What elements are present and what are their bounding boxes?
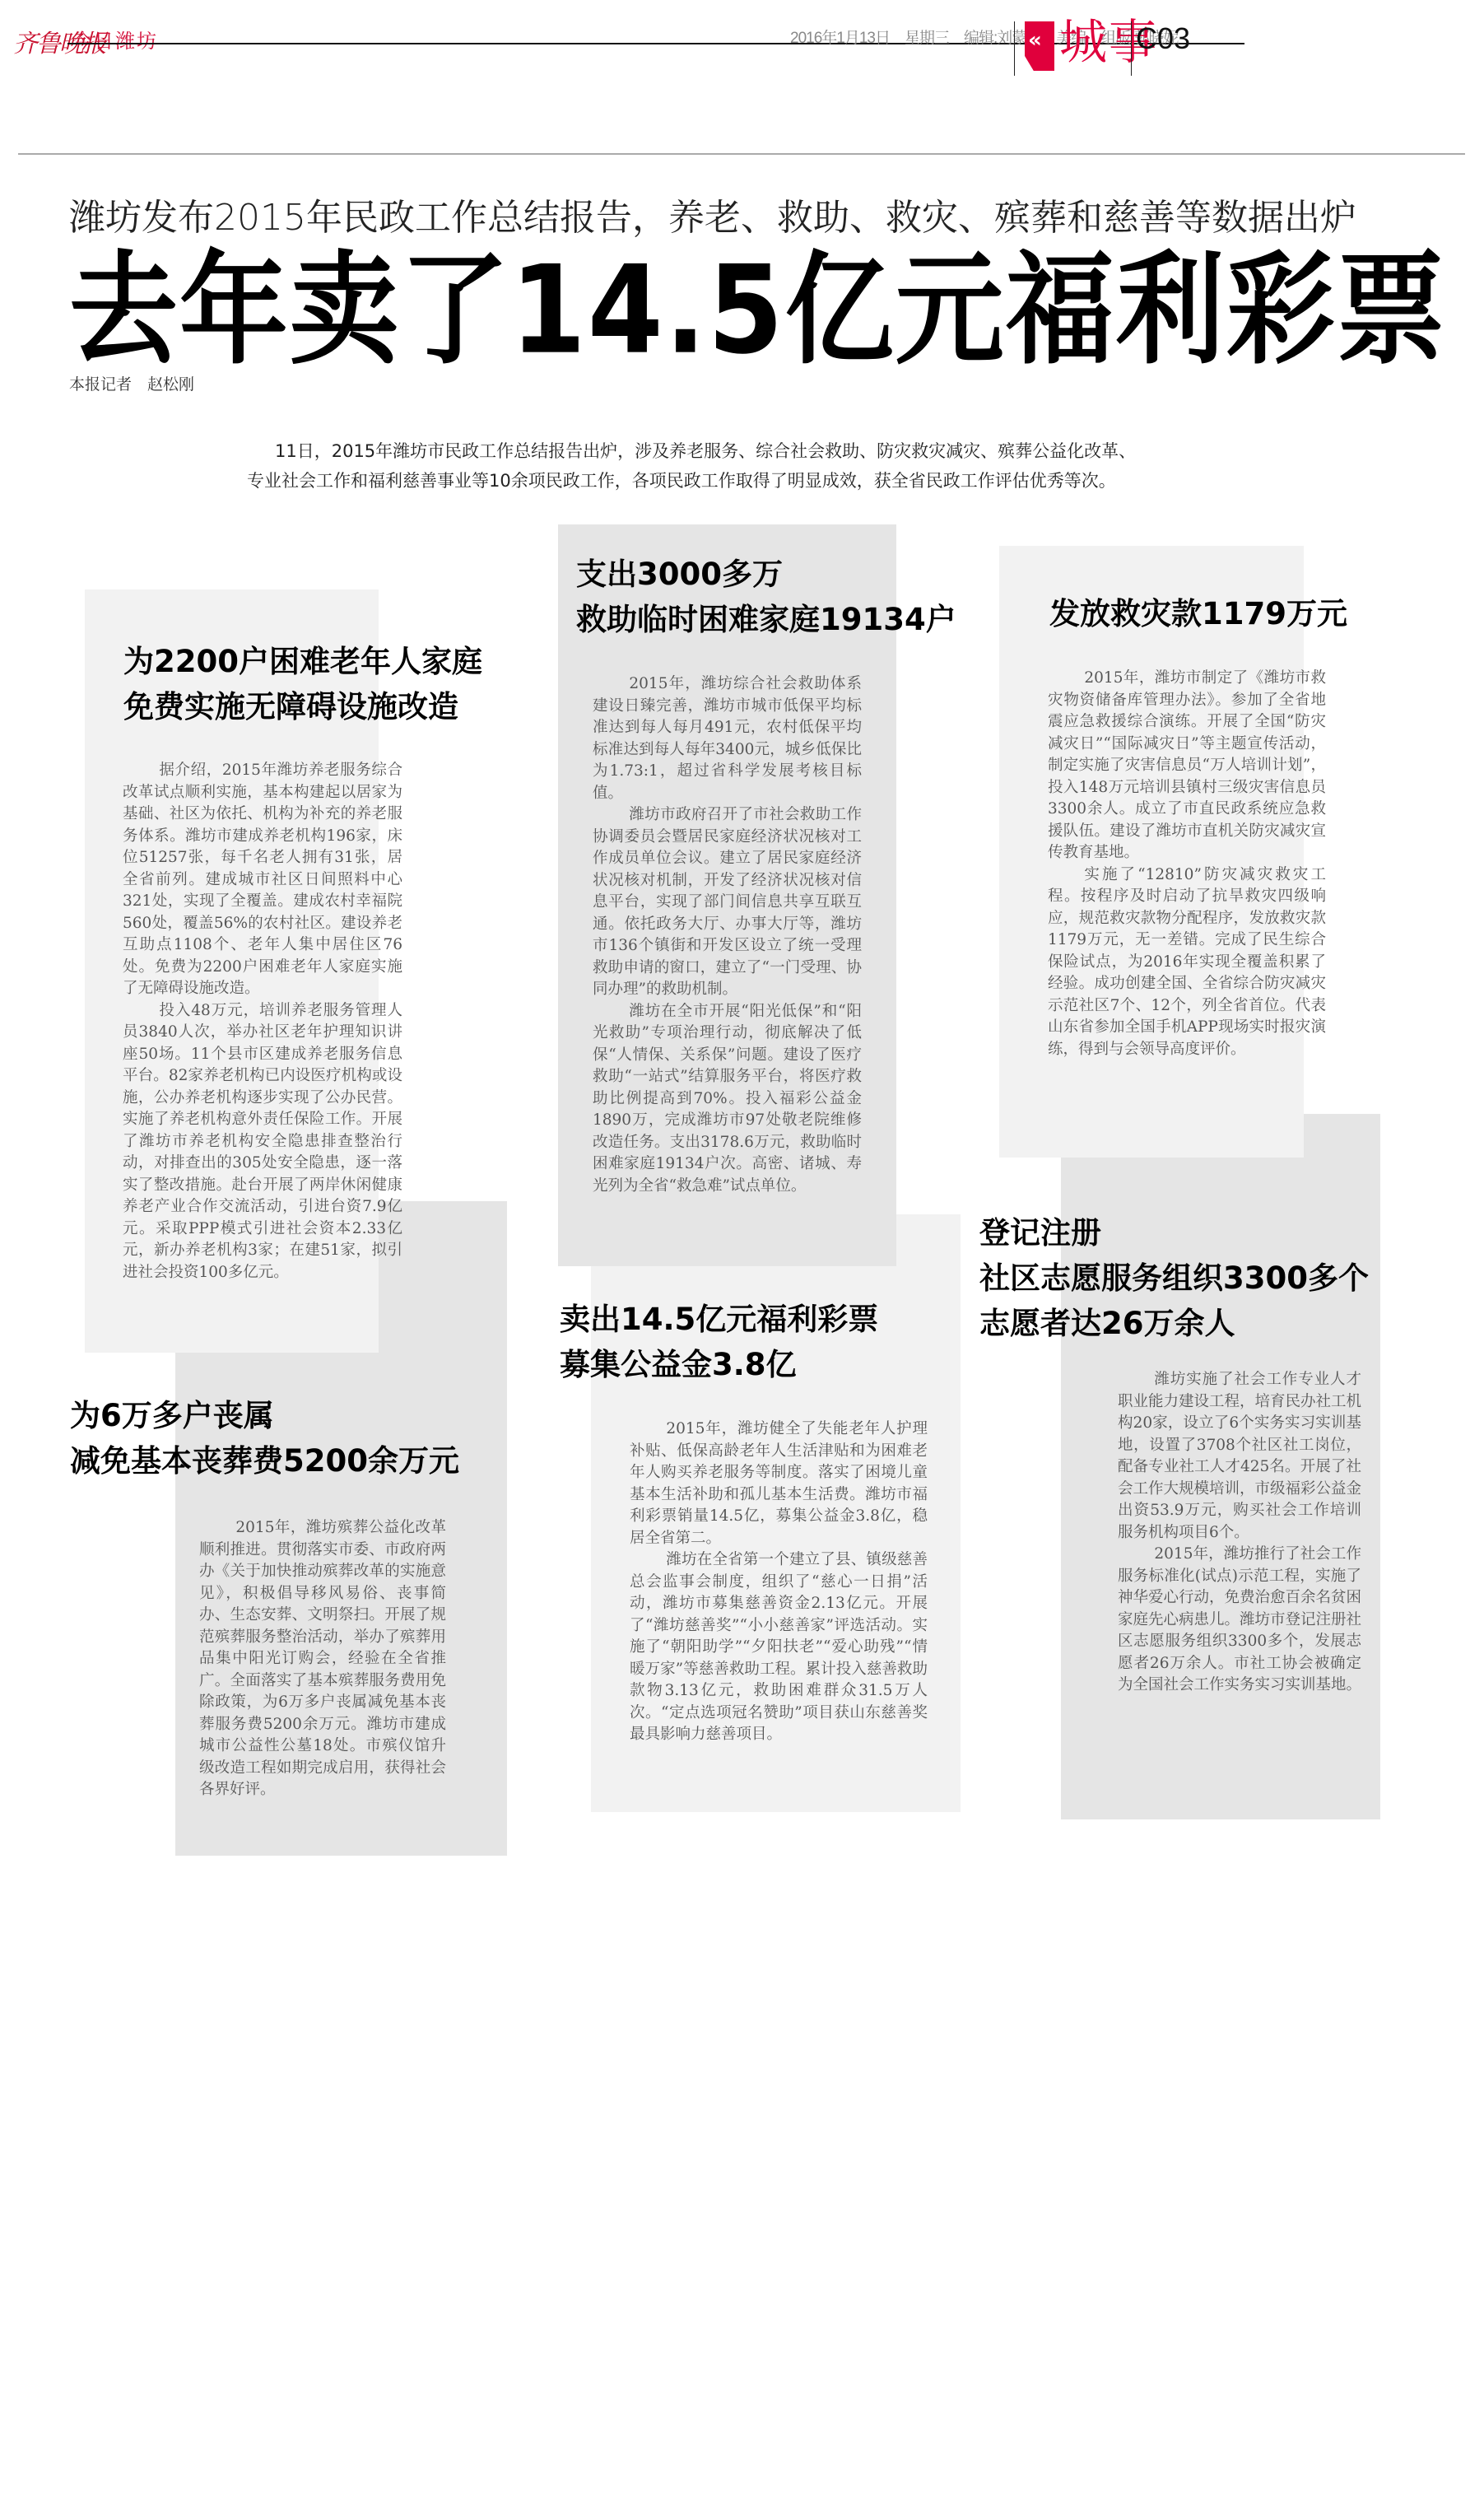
lead-line: 11日，2015年潍坊市民政工作总结报告出炉，涉及养老服务、综合社会救助、防灾救… [247, 436, 1317, 466]
paragraph: 投入48万元，培训养老服务管理人员3840人次，举办社区老年护理知识讲座50场。… [123, 1000, 402, 1284]
section-body-social-work: 潍坊实施了社会工作专业人才职业能力建设工程，培育民办社工机构20家，设立了6个实… [1118, 1369, 1361, 1697]
lead-line: 专业社会工作和福利慈善事业等10余项民政工作，各项民政工作取得了明显成效，获全省… [247, 466, 1317, 496]
paragraph: 2015年，潍坊综合社会救助体系建设日臻完善，潍坊市城市低保平均标准达到每人每月… [593, 673, 862, 804]
main-headline: 去年卖了14.5亿元福利彩票 [69, 247, 1447, 375]
paragraph: 潍坊市政府召开了市社会救助工作协调委员会暨居民家庭经济状况核对工作成员单位会议。… [593, 804, 862, 1001]
section-body-disaster: 2015年，潍坊市制定了《潍坊市救灾物资储备库管理办法》。参加了全省地震应急救援… [1048, 668, 1326, 1060]
section-title-assistance: 支出3000多万 救助临时困难家庭19134户 [576, 552, 956, 642]
title-line: 社区志愿服务组织3300多个 [979, 1255, 1369, 1301]
title-line: 减免基本丧葬费5200余万元 [70, 1438, 459, 1484]
lead-paragraph: 11日，2015年潍坊市民政工作总结报告出炉，涉及养老服务、综合社会救助、防灾救… [247, 436, 1317, 496]
paragraph: 2015年，潍坊殡葬公益化改革顺利推进。贯彻落实市委、市政府两办《关于加快推动殡… [199, 1517, 446, 1801]
section-body-lottery: 2015年，潍坊健全了失能老年人护理补贴、低保高龄老年人生活津贴和为困难老年人购… [630, 1419, 928, 1746]
title-line: 发放救灾款1179万元 [1049, 591, 1347, 636]
double-chevron-left-icon: « [1028, 28, 1042, 53]
title-line: 支出3000多万 [576, 552, 956, 597]
byline: 本报记者 赵松刚 [69, 372, 194, 394]
paragraph: 潍坊实施了社会工作专业人才职业能力建设工程，培育民办社工机构20家，设立了6个实… [1118, 1369, 1361, 1544]
paragraph: 2015年，潍坊推行了社会工作服务标准化(试点)示范工程，实施了神华爱心行动，免… [1118, 1544, 1361, 1697]
paragraph: 潍坊在全市开展“阳光低保”和“阳光救助”专项治理行动，彻底解决了低保“人情保、关… [593, 1001, 862, 1198]
kicker-headline: 潍坊发布2015年民政工作总结报告，养老、救助、救灾、殡葬和慈善等数据出炉 [69, 188, 1356, 240]
title-line: 募集公益金3.8亿 [560, 1342, 878, 1387]
title-line: 救助临时困难家庭19134户 [576, 597, 956, 642]
divider [1131, 21, 1132, 76]
title-line: 卖出14.5亿元福利彩票 [560, 1297, 878, 1342]
section-title-funeral: 为6万多户丧属 减免基本丧葬费5200余万元 [70, 1393, 459, 1484]
section-body-elderly: 据介绍，2015年潍坊养老服务综合改革试点顺利实施，基本构建起以居家为基础、社区… [123, 760, 402, 1283]
section-title-lottery: 卖出14.5亿元福利彩票 募集公益金3.8亿 [560, 1297, 878, 1387]
section-name: 今日潍坊 [72, 25, 158, 54]
paragraph: 2015年，潍坊健全了失能老年人护理补贴、低保高龄老年人生活津贴和为困难老年人购… [630, 1419, 928, 1549]
title-line: 志愿者达26万余人 [979, 1301, 1369, 1346]
paragraph: 2015年，潍坊市制定了《潍坊市救灾物资储备库管理办法》。参加了全省地震应急救援… [1048, 668, 1326, 864]
paragraph: 实施了“12810”防灾减灾救灾工程。按程序及时启动了抗旱救灾四级响应，规范救灾… [1048, 864, 1326, 1061]
section-title-elderly: 为2200户困难老年人家庭 免费实施无障碍设施改造 [123, 639, 482, 729]
section-title-social-work: 登记注册 社区志愿服务组织3300多个 志愿者达26万余人 [979, 1210, 1369, 1346]
title-line: 为2200户困难老年人家庭 [123, 639, 482, 684]
section-title-disaster: 发放救灾款1179万元 [1049, 591, 1347, 636]
title-line: 为6万多户丧属 [70, 1393, 459, 1438]
title-line: 免费实施无障碍设施改造 [123, 684, 482, 729]
title-line: 登记注册 [979, 1210, 1369, 1255]
section-body-funeral: 2015年，潍坊殡葬公益化改革顺利推进。贯彻落实市委、市政府两办《关于加快推动殡… [199, 1517, 446, 1801]
paragraph: 潍坊在全省第一个建立了县、镇级慈善总会监事会制度，组织了“慈心一日捐”活动，潍坊… [630, 1549, 928, 1746]
paragraph: 据介绍，2015年潍坊养老服务综合改革试点顺利实施，基本构建起以居家为基础、社区… [123, 760, 402, 1000]
divider [1014, 21, 1015, 76]
section-body-assistance: 2015年，潍坊综合社会救助体系建设日臻完善，潍坊市城市低保平均标准达到每人每月… [593, 673, 862, 1197]
page-number: C03 [1136, 21, 1190, 56]
header-rule [18, 153, 1465, 155]
